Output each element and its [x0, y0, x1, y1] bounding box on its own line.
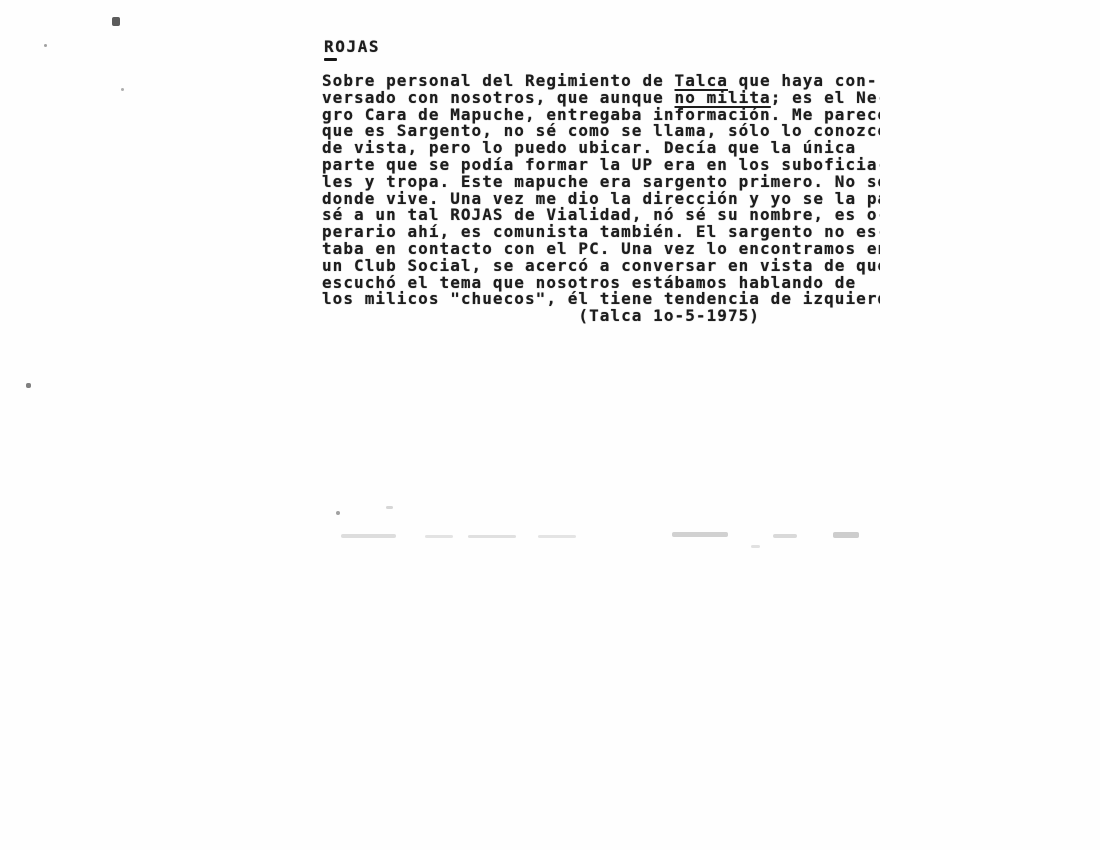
scan-speck — [336, 511, 340, 515]
scan-smudge — [538, 535, 576, 538]
scan-smudge — [773, 534, 797, 538]
scan-smudge — [341, 534, 396, 538]
scan-speck — [44, 44, 47, 47]
scan-smudge — [468, 535, 516, 538]
document-title: ROJAS — [324, 37, 380, 56]
title-underline — [324, 58, 337, 61]
scan-speck — [121, 88, 124, 91]
scanned-document-page: ROJAS Sobre personal del Regimiento de T… — [0, 0, 1100, 850]
text-segment: (Talca 1o-5-1975) — [322, 306, 760, 325]
scan-smudge — [672, 532, 728, 537]
scan-speck — [112, 17, 120, 26]
scan-smudge — [425, 535, 453, 538]
scan-smudge — [751, 545, 760, 548]
text-line: (Talca 1o-5-1975) — [322, 308, 880, 325]
scan-speck — [26, 383, 31, 388]
scan-smudge — [833, 532, 859, 538]
scan-smudge — [386, 506, 393, 509]
document-body: Sobre personal del Regimiento de Talca q… — [322, 73, 880, 325]
